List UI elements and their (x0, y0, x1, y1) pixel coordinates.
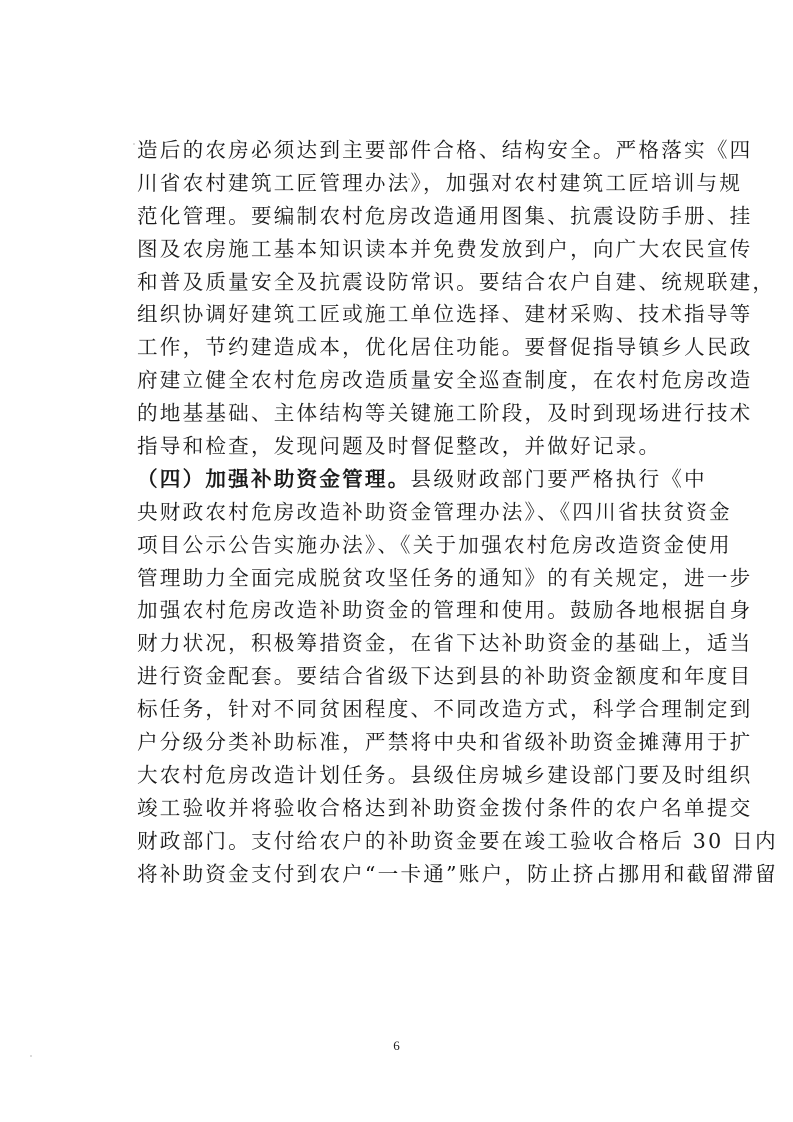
text-line: 范化管理。要编制农村危房改造通用图集、抗震设防手册、挂 (137, 200, 717, 233)
text-line: 造后的农房必须达到主要部件合格、结构安全。严格落实《四 (137, 134, 717, 167)
text-line: 加强农村危房改造补助资金的管理和使用。鼓励各地根据自身 (137, 594, 717, 627)
text-line: 进行资金配套。要结合省级下达到县的补助资金额度和年度目 (137, 660, 717, 693)
text-line: 和普及质量安全及抗震设防常识。要结合农户自建、统规联建， (137, 266, 717, 299)
text-line: 将补助资金支付到农户“一卡通”账户，防止挤占挪用和截留滞留 (137, 858, 717, 891)
text-line: 府建立健全农村危房改造质量安全巡查制度，在农村危房改造 (137, 364, 717, 397)
text-line: 大农村危房改造计划任务。县级住房城乡建设部门要及时组织 (137, 759, 717, 792)
text-line: 图及农房施工基本知识读本并免费发放到户，向广大农民宣传 (137, 233, 717, 266)
text-line: 竣工验收并将验收合格达到补助资金拨付条件的农户名单提交 (137, 792, 717, 825)
text-line: 财政部门。支付给农户的补助资金要在竣工验收合格后 30 日内 (137, 825, 717, 858)
text-line: 财力状况，积极筹措资金，在省下达补助资金的基础上，适当 (137, 627, 717, 660)
document-page: 造后的农房必须达到主要部件合格、结构安全。严格落实《四 川省农村建筑工匠管理办法… (0, 0, 793, 1122)
text-line: 标任务，针对不同贫困程度、不同改造方式，科学合理制定到 (137, 693, 717, 726)
text-line: 工作，节约建造成本，优化居住功能。要督促指导镇乡人民政 (137, 331, 717, 364)
section-heading: （四）加强补助资金管理。 (137, 467, 411, 491)
text-line: 指导和检查，发现问题及时督促整改，并做好记录。 (137, 430, 717, 463)
scan-speck (30, 1055, 32, 1057)
scan-speck (408, 178, 410, 180)
text-line: 项目公示公告实施办法》、《关于加强农村危房改造资金使用 (137, 529, 717, 562)
text-line: 管理助力全面完成脱贫攻坚任务的通知》的有关规定，进一步 (137, 562, 717, 595)
text-line: 的地基基础、主体结构等关键施工阶段，及时到现场进行技术 (137, 397, 717, 430)
text-line: 户分级分类补助标准，严禁将中央和省级补助资金摊薄用于扩 (137, 726, 717, 759)
document-body: 造后的农房必须达到主要部件合格、结构安全。严格落实《四 川省农村建筑工匠管理办法… (137, 134, 717, 890)
section-heading-rest: 县级财政部门要严格执行《中 (411, 467, 707, 491)
page-number: 6 (0, 1038, 793, 1054)
scan-speck (133, 143, 135, 145)
section-heading-line: （四）加强补助资金管理。县级财政部门要严格执行《中 (137, 463, 717, 496)
text-line: 央财政农村危房改造补助资金管理办法》、《四川省扶贫资金 (137, 496, 717, 529)
text-line: 组织协调好建筑工匠或施工单位选择、建材采购、技术指导等 (137, 298, 717, 331)
text-line: 川省农村建筑工匠管理办法》，加强对农村建筑工匠培训与规 (137, 167, 717, 200)
